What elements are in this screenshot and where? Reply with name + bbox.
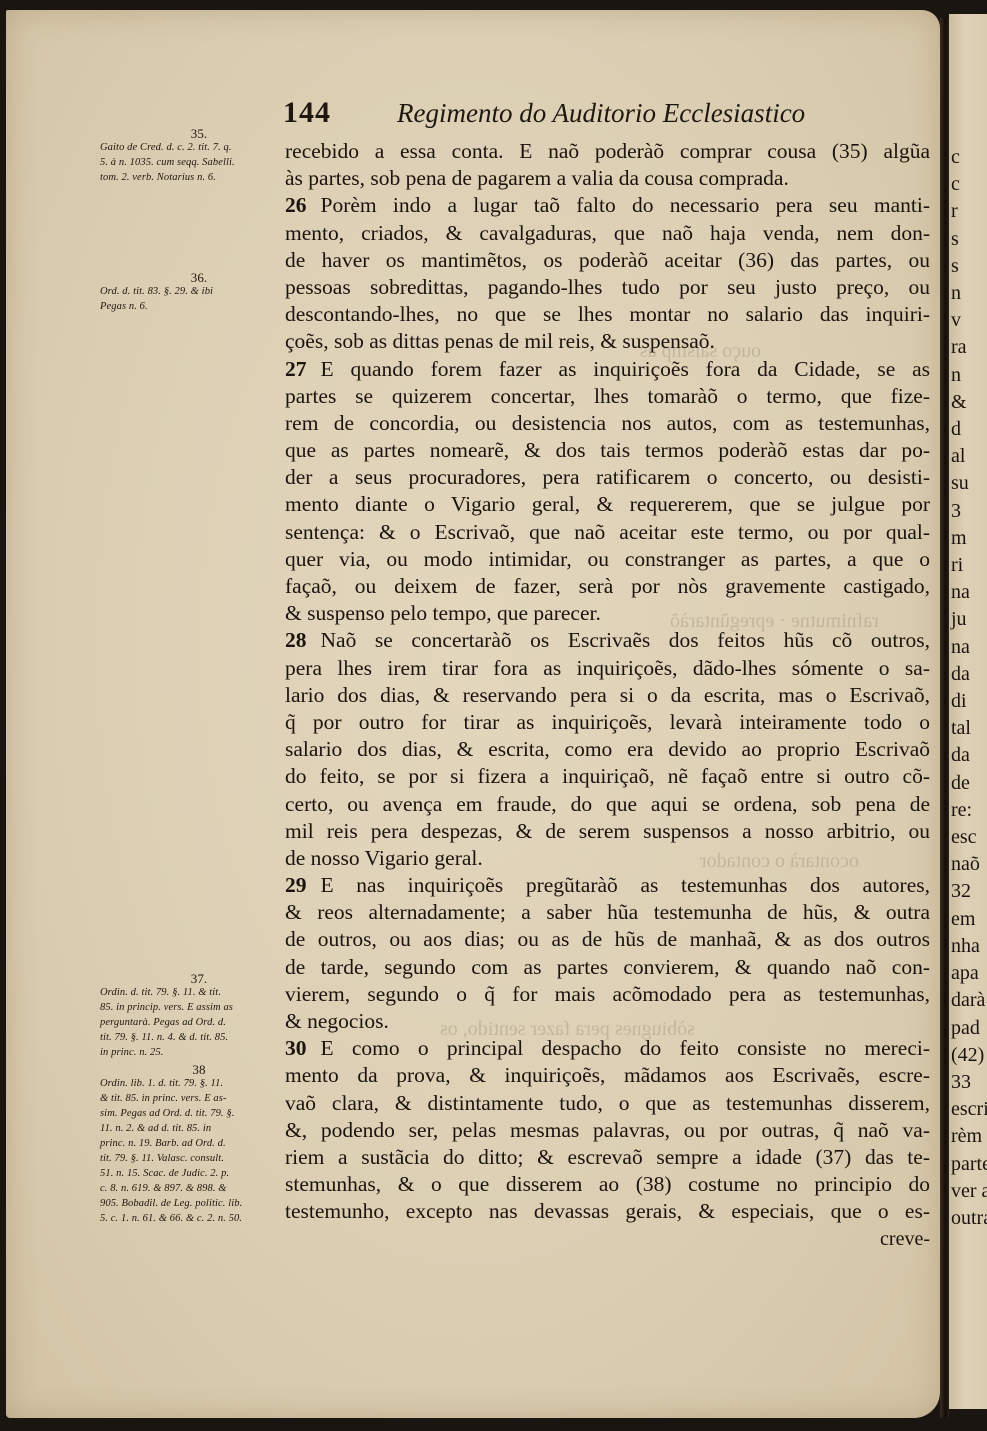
text-line: rem de concordia, ou desistencia nos aut… — [285, 410, 930, 437]
text-line: mil reis pera despezas, & de serem suspe… — [285, 818, 930, 845]
facing-page-line: em — [951, 906, 987, 933]
text-line: testemunho, excepto nas devassas gerais,… — [285, 1198, 930, 1225]
paragraph-start-line: 30E como o principal despacho do feito c… — [285, 1035, 930, 1062]
main-text-block: recebido a essa conta. E naõ poderàõ com… — [285, 138, 930, 1253]
facing-page-line: r — [951, 198, 987, 225]
facing-page-line: ri — [951, 552, 987, 579]
text-line: vaõ clara, & distintamente tudo, o que a… — [285, 1090, 930, 1117]
text-line: façaõ, ou deixem de fazer, serà por nòs … — [285, 573, 930, 600]
facing-page-line: apa — [951, 960, 987, 987]
facing-page-line: escri — [951, 1096, 987, 1123]
facing-page-line: 3 — [951, 498, 987, 525]
paragraph-number: 27 — [285, 357, 307, 381]
text-line: do feito, se por si fizera a inquiriçaõ,… — [285, 763, 930, 790]
text-line: q̃ por outro for tirar as inquiriçoẽs, l… — [285, 709, 930, 736]
facing-page-line: parte — [951, 1151, 987, 1178]
facing-page-fragment: ccrssnvran&dalsu3mrinajunadaditaldadere:… — [949, 14, 987, 1409]
paragraph-number: 29 — [285, 873, 307, 897]
facing-page-line: nha — [951, 933, 987, 960]
facing-page-line: de — [951, 770, 987, 797]
facing-page-line: ju — [951, 606, 987, 633]
text-line: pera lhes irem tirar fora as inquiriçoẽs… — [285, 655, 930, 682]
facing-page-line: su — [951, 470, 987, 497]
facing-page-line: na — [951, 634, 987, 661]
text-line: & negocios. — [285, 1008, 930, 1035]
running-head: 144 Regimento do Auditorio Ecclesiastico — [283, 96, 923, 136]
note-line: 5. c. 1. n. 61. & 66. & c. 2. n. 50. — [100, 1211, 288, 1226]
note-number: 38 — [100, 1064, 288, 1076]
note-line: tit. 79. §. 11. n. 4. & d. tit. 85. — [100, 1030, 288, 1045]
paragraph-text: E como o principal despacho do feito con… — [321, 1036, 931, 1060]
text-line: stemunhas, & o que disserem ao (38) cost… — [285, 1171, 930, 1198]
note-line: in princ. n. 25. — [100, 1045, 288, 1060]
note-line: c. 8. n. 619. & 897. & 898. & — [100, 1181, 288, 1196]
facing-page-text: ccrssnvran&dalsu3mrinajunadaditaldadere:… — [951, 144, 987, 1232]
text-line: sentença: & o Escrivaõ, que naõ aceitar … — [285, 519, 930, 546]
paragraph-text: Naõ se concertaràõ os Escrivaẽs dos feit… — [321, 628, 931, 652]
text-line: vierem, segundo o q̃ for mais acõmodado … — [285, 981, 930, 1008]
text-line: salario dos dias, & escrita, como era de… — [285, 736, 930, 763]
note-number: 37. — [100, 973, 288, 985]
note-line: Ordin. lib. 1. d. tit. 79. §. 11. — [100, 1076, 288, 1091]
paragraph-number: 30 — [285, 1036, 307, 1060]
text-line: & suspenso pelo tempo, que parecer. — [285, 600, 930, 627]
facing-page-line: ver a — [951, 1178, 987, 1205]
facing-page-line: naõ — [951, 851, 987, 878]
paragraph-text: Porèm indo a lugar taõ falto do necessar… — [321, 193, 931, 217]
facing-page-line: c — [951, 144, 987, 171]
facing-page-line: s — [951, 226, 987, 253]
paragraph-text: E nas inquiriçoẽs pregũtaràõ as testemun… — [321, 873, 931, 897]
text-line: descontando-lhes, no que se lhes montar … — [285, 301, 930, 328]
note-line: Gaito de Cred. d. c. 2. tit. 7. q. — [100, 140, 288, 155]
margin-note-36: 36. Ord. d. tit. 83. §. 29. & ibi Pegas … — [100, 272, 288, 314]
facing-page-line: da — [951, 661, 987, 688]
text-line: der a seus procuradores, pera ratificare… — [285, 464, 930, 491]
margin-note-38: 38 Ordin. lib. 1. d. tit. 79. §. 11. & t… — [100, 1064, 288, 1226]
page-number: 144 — [283, 96, 331, 130]
facing-page-line: ra — [951, 334, 987, 361]
text-line: riem a sustãcia do ditto; & escrevaõ sem… — [285, 1144, 930, 1171]
text-line: de tarde, segundo com as partes conviere… — [285, 954, 930, 981]
note-line: 51. n. 15. Scac. de Judic. 2. p. — [100, 1166, 288, 1181]
note-line: Ordin. d. tit. 79. §. 11. & tit. — [100, 985, 288, 1000]
facing-page-line: al — [951, 443, 987, 470]
facing-page-line: darà — [951, 987, 987, 1014]
text-line: mento, criados, & cavalgaduras, que naõ … — [285, 220, 930, 247]
text-line: de haver os mantimẽtos, os poderàõ aceit… — [285, 247, 930, 274]
text-line: recebido a essa conta. E naõ poderàõ com… — [285, 138, 930, 165]
paragraph-start-line: 26Porèm indo a lugar taõ falto do necess… — [285, 192, 930, 219]
facing-page-line: 33 — [951, 1069, 987, 1096]
text-line: lario dos dias, & reservando pera si o d… — [285, 682, 930, 709]
text-line: & reos alternadamente; a saber hũa teste… — [285, 899, 930, 926]
text-line: pessoas sobredittas, pagando-lhes tudo p… — [285, 274, 930, 301]
note-line: 5. à n. 1035. cum seqq. Sabelli. — [100, 155, 288, 170]
facing-page-line: pad — [951, 1015, 987, 1042]
paragraph-start-line: 27E quando forem fazer as inquiriçoẽs fo… — [285, 356, 930, 383]
catchword: creve- — [285, 1226, 930, 1253]
facing-page-line: v — [951, 307, 987, 334]
note-line: sim. Pegas ad Ord. d. tit. 79. §. — [100, 1106, 288, 1121]
text-line: certo, ou avença em fraude, do que aqui … — [285, 791, 930, 818]
facing-page-line: na — [951, 579, 987, 606]
facing-page-line: rèm — [951, 1123, 987, 1150]
facing-page-line: s — [951, 253, 987, 280]
margin-note-37: 37. Ordin. d. tit. 79. §. 11. & tit. 85.… — [100, 973, 288, 1060]
text-line: que as partes nomearẽ, & dos tais termos… — [285, 437, 930, 464]
note-line: 85. in princip. vers. E assim as — [100, 1000, 288, 1015]
text-line: mento diante o Vigario geral, & requerer… — [285, 491, 930, 518]
facing-page-line: (42) — [951, 1042, 987, 1069]
note-line: 11. n. 2. & ad d. tit. 85. in — [100, 1121, 288, 1136]
note-line: tom. 2. verb. Notarius n. 6. — [100, 170, 288, 185]
margin-note-35: 35. Gaito de Cred. d. c. 2. tit. 7. q. 5… — [100, 128, 288, 185]
facing-page-line: c — [951, 171, 987, 198]
book-gutter — [940, 18, 949, 1418]
facing-page-line: 32 — [951, 878, 987, 905]
running-title: Regimento do Auditorio Ecclesiastico — [397, 98, 805, 129]
text-line: de nosso Vigario geral. — [285, 845, 930, 872]
text-line: às partes, sob pena de pagarem a valia d… — [285, 165, 930, 192]
text-line: &, podendo ser, pelas mesmas palavras, o… — [285, 1117, 930, 1144]
note-line: & tit. 85. in princ. vers. E as- — [100, 1091, 288, 1106]
note-line: perguntarà. Pegas ad Ord. d. — [100, 1015, 288, 1030]
paragraph-start-line: 28Naõ se concertaràõ os Escrivaẽs dos fe… — [285, 627, 930, 654]
note-line: Ord. d. tit. 83. §. 29. & ibi — [100, 284, 288, 299]
text-line: de outros, ou aos dias; ou as de hũs de … — [285, 926, 930, 953]
text-line: quer via, ou modo intimidar, ou constran… — [285, 546, 930, 573]
facing-page-line: esc — [951, 824, 987, 851]
text-line: çoẽs, sob as dittas penas de mil reis, &… — [285, 328, 930, 355]
note-number: 36. — [100, 272, 288, 284]
text-line: partes se quizerem concertar, lhes tomar… — [285, 383, 930, 410]
facing-page-line: outra — [951, 1205, 987, 1232]
facing-page-line: di — [951, 688, 987, 715]
facing-page-line: n — [951, 280, 987, 307]
text-line: mento da prova, & inquiriçoẽs, mãdamos a… — [285, 1062, 930, 1089]
facing-page-line: n — [951, 362, 987, 389]
note-number: 35. — [100, 128, 288, 140]
facing-page-line: da — [951, 742, 987, 769]
note-line: Pegas n. 6. — [100, 299, 288, 314]
facing-page-line: re: — [951, 797, 987, 824]
paragraph-number: 26 — [285, 193, 307, 217]
facing-page-line: m — [951, 525, 987, 552]
note-line: princ. n. 19. Barb. ad Ord. d. — [100, 1136, 288, 1151]
note-line: 905. Bobadil. de Leg. politic. lib. — [100, 1196, 288, 1211]
paragraph-text: E quando forem fazer as inquiriçoẽs fora… — [321, 357, 931, 381]
note-line: tit. 79. §. 11. Valasc. consult. — [100, 1151, 288, 1166]
facing-page-line: & — [951, 389, 987, 416]
paragraph-start-line: 29E nas inquiriçoẽs pregũtaràõ as testem… — [285, 872, 930, 899]
facing-page-line: d — [951, 416, 987, 443]
facing-page-line: tal — [951, 715, 987, 742]
paragraph-number: 28 — [285, 628, 307, 652]
